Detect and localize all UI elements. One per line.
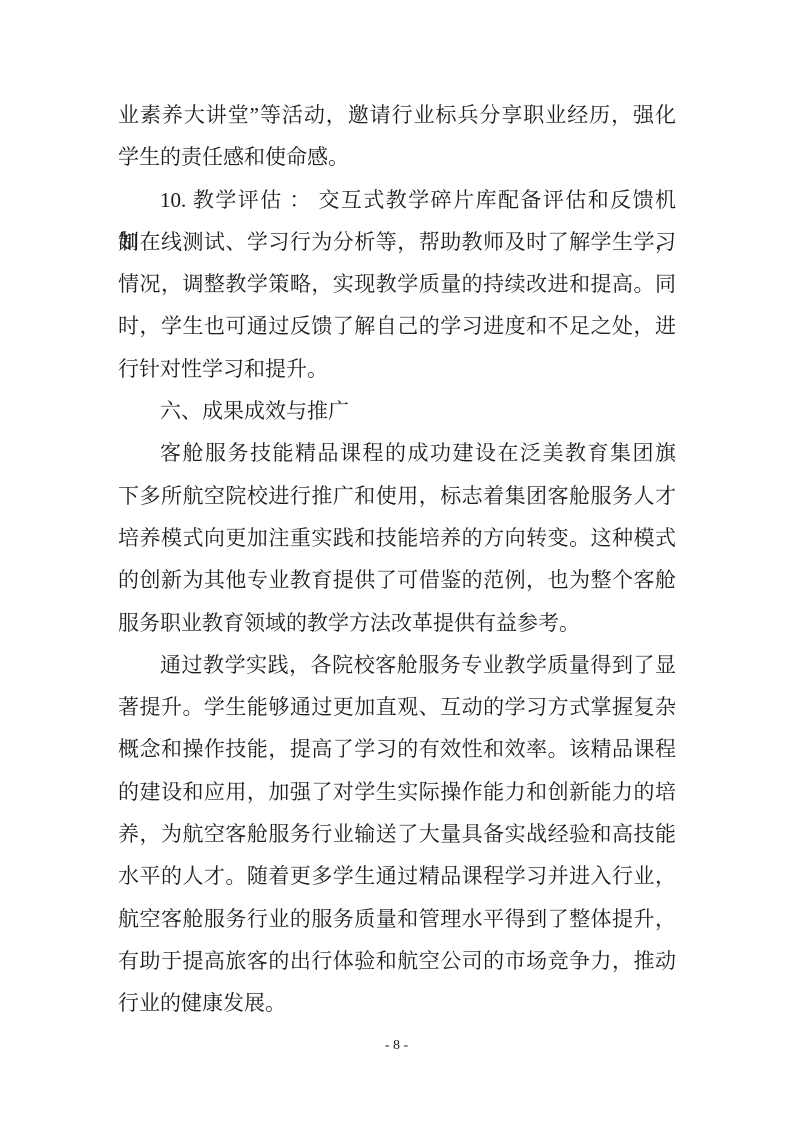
text-line: 养，为航空客舱服务行业输送了大量具备实战经验和高技能: [118, 813, 676, 855]
document-body: 业素养大讲堂”等活动，邀请行业标兵分享职业经历，强化学生的责任感和使命感。10.…: [118, 94, 676, 1025]
text-line: 下多所航空院校进行推广和使用，标志着集团客舱服务人才: [118, 475, 676, 517]
text-line: 的创新为其他专业教育提供了可借鉴的范例，也为整个客舱: [118, 559, 676, 601]
text-line: 时，学生也可通过反馈了解自己的学习进度和不足之处，进: [118, 305, 676, 347]
text-line: 行针对性学习和提升。: [118, 348, 676, 390]
text-line: 情况，调整教学策略，实现教学质量的持续改进和提高。同: [118, 263, 676, 305]
text-line: 水平的人才。随着更多学生通过精品课程学习并进入行业，: [118, 855, 676, 897]
text-line: 学生的责任感和使命感。: [118, 136, 676, 178]
text-line: 概念和操作技能，提高了学习的有效性和效率。该精品课程: [118, 728, 676, 770]
text-line: 的建设和应用，加强了对学生实际操作能力和创新能力的培: [118, 771, 676, 813]
text-line: 业素养大讲堂”等活动，邀请行业标兵分享职业经历，强化: [118, 94, 676, 136]
text-line: 客舱服务技能精品课程的成功建设在泛美教育集团旗: [118, 432, 676, 474]
text-line: 10. 教学评估 ： 交互式教学碎片库配备评估和反馈机制，: [118, 179, 676, 221]
text-line: 航空客舱服务行业的服务质量和管理水平得到了整体提升，: [118, 898, 676, 940]
section-heading-line: 六、成果成效与推广: [118, 390, 676, 432]
page-footer: - 8 -: [0, 1036, 793, 1056]
text-line: 通过教学实践，各院校客舱服务专业教学质量得到了显: [118, 644, 676, 686]
text-line: 培养模式向更加注重实践和技能培养的方向转变。这种模式: [118, 517, 676, 559]
text-line: 有助于提高旅客的出行体验和航空公司的市场竞争力，推动: [118, 940, 676, 982]
text-line: 著提升。学生能够通过更加直观、互动的学习方式掌握复杂: [118, 686, 676, 728]
text-line: 行业的健康发展。: [118, 982, 676, 1024]
document-page: 业素养大讲堂”等活动，邀请行业标兵分享职业经历，强化学生的责任感和使命感。10.…: [0, 0, 793, 1122]
text-line: 如在线测试、学习行为分析等，帮助教师及时了解学生学习: [118, 221, 676, 263]
text-line: 服务职业教育领域的教学方法改革提供有益参考。: [118, 602, 676, 644]
page-number: - 8 -: [385, 1038, 408, 1053]
